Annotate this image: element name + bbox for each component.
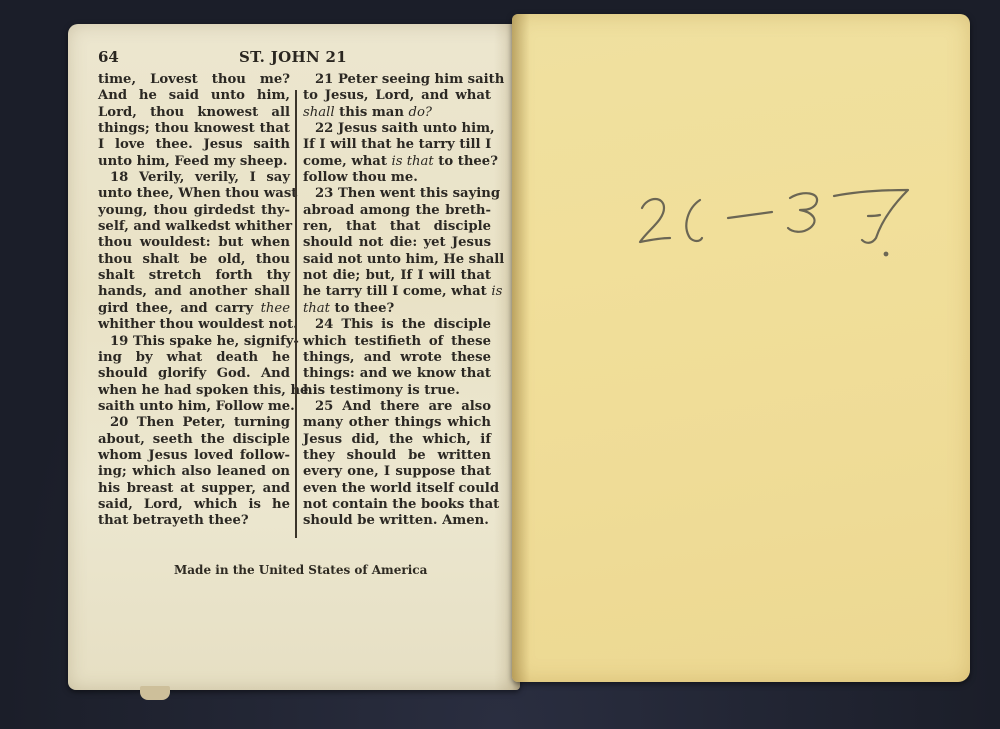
text-line: self, and walkedst whither xyxy=(98,219,290,235)
text-column-left: time, Lovest thou me?And he said unto hi… xyxy=(98,72,290,530)
text-line: to Jesus, Lord, and what xyxy=(303,88,491,104)
text-line: things, and wrote these xyxy=(303,350,491,366)
text-line: his testimony is true. xyxy=(303,383,491,399)
imprint-line: Made in the United States of America xyxy=(174,563,427,577)
text-line: said, Lord, which is he xyxy=(98,497,290,513)
text-line: they should be written xyxy=(303,448,491,464)
text-line: 21 Peter seeing him saith xyxy=(303,72,491,88)
text-line: many other things which xyxy=(303,415,491,431)
text-line: about, seeth the disciple xyxy=(98,432,290,448)
text-line: 24 This is the disciple xyxy=(303,317,491,333)
text-line: he tarry till I come, what is xyxy=(303,284,491,300)
text-line: And he said unto him, xyxy=(98,88,290,104)
text-line: thou shalt be old, thou xyxy=(98,252,290,268)
text-line: time, Lovest thou me? xyxy=(98,72,290,88)
text-line: shalt stretch forth thy xyxy=(98,268,290,284)
text-line: ren, that that disciple xyxy=(303,219,491,235)
text-line: things; thou knowest that xyxy=(98,121,290,137)
text-line: which testifieth of these xyxy=(303,334,491,350)
text-line: that to thee? xyxy=(303,301,491,317)
text-line: I love thee. Jesus saith xyxy=(98,137,290,153)
text-line: young, thou girdedst thy- xyxy=(98,203,290,219)
page-header: 64 ST. JOHN 21 xyxy=(98,48,490,70)
text-line: hands, and another shall xyxy=(98,284,290,300)
text-line: 20 Then Peter, turning xyxy=(98,415,290,431)
right-page-endpaper xyxy=(512,14,970,682)
text-line: follow thou me. xyxy=(303,170,491,186)
text-line: said not unto him, He shall xyxy=(303,252,491,268)
text-line: gird thee, and carry thee xyxy=(98,301,290,317)
text-line: 23 Then went this saying xyxy=(303,186,491,202)
text-line: unto him, Feed my sheep. xyxy=(98,154,290,170)
text-line: 25 And there are also xyxy=(303,399,491,415)
text-line: 19 This spake he, signify- xyxy=(98,334,290,350)
text-line: ing by what death he xyxy=(98,350,290,366)
text-line: saith unto him, Follow me. xyxy=(98,399,290,415)
text-line: whom Jesus loved follow- xyxy=(98,448,290,464)
text-line: come, what is that to thee? xyxy=(303,154,491,170)
column-divider-rule xyxy=(295,90,297,538)
text-line: his breast at supper, and xyxy=(98,481,290,497)
photo-scene: 64 ST. JOHN 21 time, Lovest thou me?And … xyxy=(0,0,1000,729)
text-line: that betrayeth thee? xyxy=(98,513,290,529)
text-line: 22 Jesus saith unto him, xyxy=(303,121,491,137)
text-line: ing; which also leaned on xyxy=(98,464,290,480)
handwritten-pencil-note: 26-37 xyxy=(630,168,930,258)
text-line: things: and we know that xyxy=(303,366,491,382)
text-line: thou wouldest: but when xyxy=(98,235,290,251)
text-line: 18 Verily, verily, I say xyxy=(98,170,290,186)
text-line: every one, I suppose that xyxy=(303,464,491,480)
text-line: Lord, thou knowest all xyxy=(98,105,290,121)
text-line: should glorify God. And xyxy=(98,366,290,382)
page-number: 64 xyxy=(98,48,119,66)
text-line: shall this man do? xyxy=(303,105,491,121)
text-line: not die; but, If I will that xyxy=(303,268,491,284)
text-line: not contain the books that xyxy=(303,497,491,513)
text-column-right: 21 Peter seeing him saithto Jesus, Lord,… xyxy=(303,72,491,530)
running-title: ST. JOHN 21 xyxy=(239,48,347,66)
torn-paper-tab xyxy=(140,686,170,700)
text-line: even the world itself could xyxy=(303,481,491,497)
text-line: should be written. Amen. xyxy=(303,513,491,529)
text-line: If I will that he tarry till I xyxy=(303,137,491,153)
pencil-scribble-icon xyxy=(630,168,930,258)
text-line: abroad among the breth- xyxy=(303,203,491,219)
text-line: Jesus did, the which, if xyxy=(303,432,491,448)
text-line: whither thou wouldest not. xyxy=(98,317,290,333)
text-line: should not die: yet Jesus xyxy=(303,235,491,251)
text-line: when he had spoken this, he xyxy=(98,383,290,399)
text-line: unto thee, When thou wast xyxy=(98,186,290,202)
